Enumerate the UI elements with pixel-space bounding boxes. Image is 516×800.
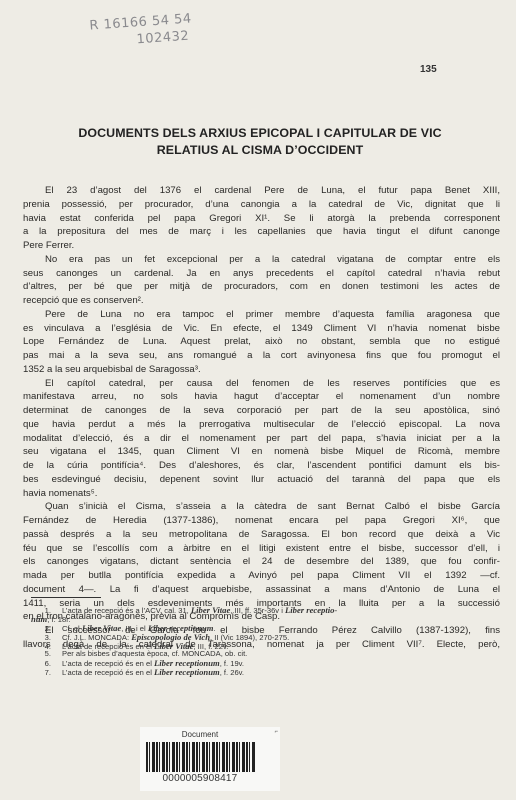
- body-line: Pere Ferrer.: [23, 239, 500, 253]
- footnote-text: L’acta de recepció és en el: [62, 668, 154, 677]
- barcode-icon: [146, 742, 256, 772]
- footnote-number: 5.: [31, 650, 62, 659]
- scanned-page: R 16166 54 54 102432 135 DOCUMENTS DELS …: [0, 0, 516, 800]
- footnote-item: 5.Per als bisbes d’aquesta època, cf. MO…: [31, 650, 471, 659]
- body-line: a la prepositura del mes de març i les c…: [23, 225, 500, 239]
- barcode-label-title: Document: [140, 730, 260, 739]
- body-line: Pere de Luna no era tampoc el primer mem…: [23, 308, 500, 322]
- body-line: passà després a la seu metropolitana de …: [23, 528, 500, 542]
- footnote-text: L’acta de recepció és a l’ACV, cal. 31,: [62, 606, 191, 615]
- body-line: Quan s’inicià el Cisma, s’asseia a la cà…: [23, 500, 500, 514]
- footnote-item: 6.L’acta de recepció és en el Liber rece…: [31, 659, 471, 668]
- body-line: de la cúria pontifícia⁴. Des d’aleshores…: [23, 459, 500, 473]
- body-line: els canonges vigatans, dictant sentència…: [23, 555, 500, 569]
- barcode-number: 0000005908417: [140, 773, 260, 784]
- body-line: seus canonges un cardenal. Ja en anys pr…: [23, 267, 500, 281]
- footnote-text: L’acta de recepció és en el: [62, 659, 154, 668]
- footnote-item: 1.L’acta de recepció és a l’ACV, cal. 31…: [31, 606, 471, 615]
- body-line: Fernández de Heredia (1377-1386), nomena…: [23, 514, 500, 528]
- document-title: DOCUMENTS DELS ARXIUS EPICOPAL I CAPITUL…: [40, 125, 480, 159]
- body-line: determinat de canonges de la seva corpor…: [23, 404, 500, 418]
- footnote-text: Cf. J.L. MONCADA:: [62, 633, 131, 642]
- barcode-label: Document 0000005908417 ⌐: [140, 727, 280, 791]
- page-number: 135: [420, 64, 437, 75]
- body-line: recepció que es conserven².: [23, 294, 500, 308]
- body-line: pas mai a la seva seu, ans romangué a la…: [23, 349, 500, 363]
- footnote-italic-title: Liber Vitae: [82, 623, 121, 633]
- body-line: El capítol catedral, per causa del fenom…: [23, 377, 500, 391]
- footnote-text: , f. 18r.: [47, 615, 70, 624]
- footnote-text: Per als bisbes d’aquesta època, cf. MONC…: [62, 649, 247, 658]
- handwritten-catalog-note: R 16166 54 54 102432: [89, 10, 193, 51]
- footnote-italic-title: num: [31, 614, 47, 624]
- body-line: 1352 a la seu arquebisbal de Saragossa³.: [23, 363, 500, 377]
- body-line: havia nomenats⁵.: [23, 487, 500, 501]
- body-line: document 4—. La fi d’aquest arquebisbe, …: [23, 583, 500, 597]
- body-line: Lope Fernández de Luna. Aquest prelat, a…: [23, 335, 500, 349]
- body-line: manifestava arreu, no sols havia hagut d…: [23, 390, 500, 404]
- footnote-text: , f. 26v.: [220, 668, 244, 677]
- footnote-separator: [31, 597, 101, 598]
- footnote-italic-title: Liber Vitae: [191, 605, 230, 615]
- body-line: havia estat conferida pel papa Gregori X…: [23, 212, 500, 226]
- body-line: No era pas un fet excepcional per a la c…: [23, 253, 500, 267]
- footnote-number: 7.: [31, 669, 62, 678]
- handwritten-note-line2: 102432: [136, 27, 193, 48]
- footnote-text: , II (Vic 1894), 270-275.: [210, 633, 289, 642]
- title-line-1: DOCUMENTS DELS ARXIUS EPICOPAL I CAPITUL…: [40, 125, 480, 142]
- footnote-item: 2.Cf. el Liber Vitae, III, i el Liber re…: [31, 624, 471, 633]
- body-line: prenia possessió, per procurador, d’una …: [23, 198, 500, 212]
- body-line: seu vigatana el 1345, quan Climent VI en…: [23, 445, 500, 459]
- footnote-italic-title: Liber receptionum: [154, 667, 220, 677]
- body-line: El 23 d’agost del 1376 el cardenal Pere …: [23, 184, 500, 198]
- footnote-text: , III, ff. 35r-36v i: [230, 606, 285, 615]
- body-text: El 23 d’agost del 1376 el cardenal Pere …: [23, 184, 500, 652]
- body-line: que havia perdut a més la prerrogativa m…: [23, 418, 500, 432]
- footnotes: 1.L’acta de recepció és a l’ACV, cal. 31…: [31, 606, 471, 677]
- body-line: bes esdevingué decisiu, depenent sovint …: [23, 473, 500, 487]
- footnote-italic-title: Liber receptio-: [285, 605, 337, 615]
- footnote-item: 7.L’acta de recepció és en el Liber rece…: [31, 668, 471, 677]
- footnote-item: 3.Cf. J.L. MONCADA: Episcopologio de Vic…: [31, 633, 471, 642]
- body-line: féu que se l’escollís com a àrbitre en e…: [23, 542, 500, 556]
- body-line: d’altres, per bé que per mitjà de procur…: [23, 280, 500, 294]
- footnote-text: .: [213, 624, 215, 633]
- body-line: mada per butlla pontifícia expedida a Av…: [23, 569, 500, 583]
- footnote-text: Cf. el: [62, 624, 82, 633]
- corner-mark-icon: ⌐: [274, 729, 278, 735]
- body-line: es vinculava a l’església de Vic. En efe…: [23, 322, 500, 336]
- body-line: modalitat d’elecció, és a dir el nomenam…: [23, 432, 500, 446]
- title-line-2: RELATIUS AL CISMA D’OCCIDENT: [40, 142, 480, 159]
- footnote-text: , f. 19v.: [220, 659, 244, 668]
